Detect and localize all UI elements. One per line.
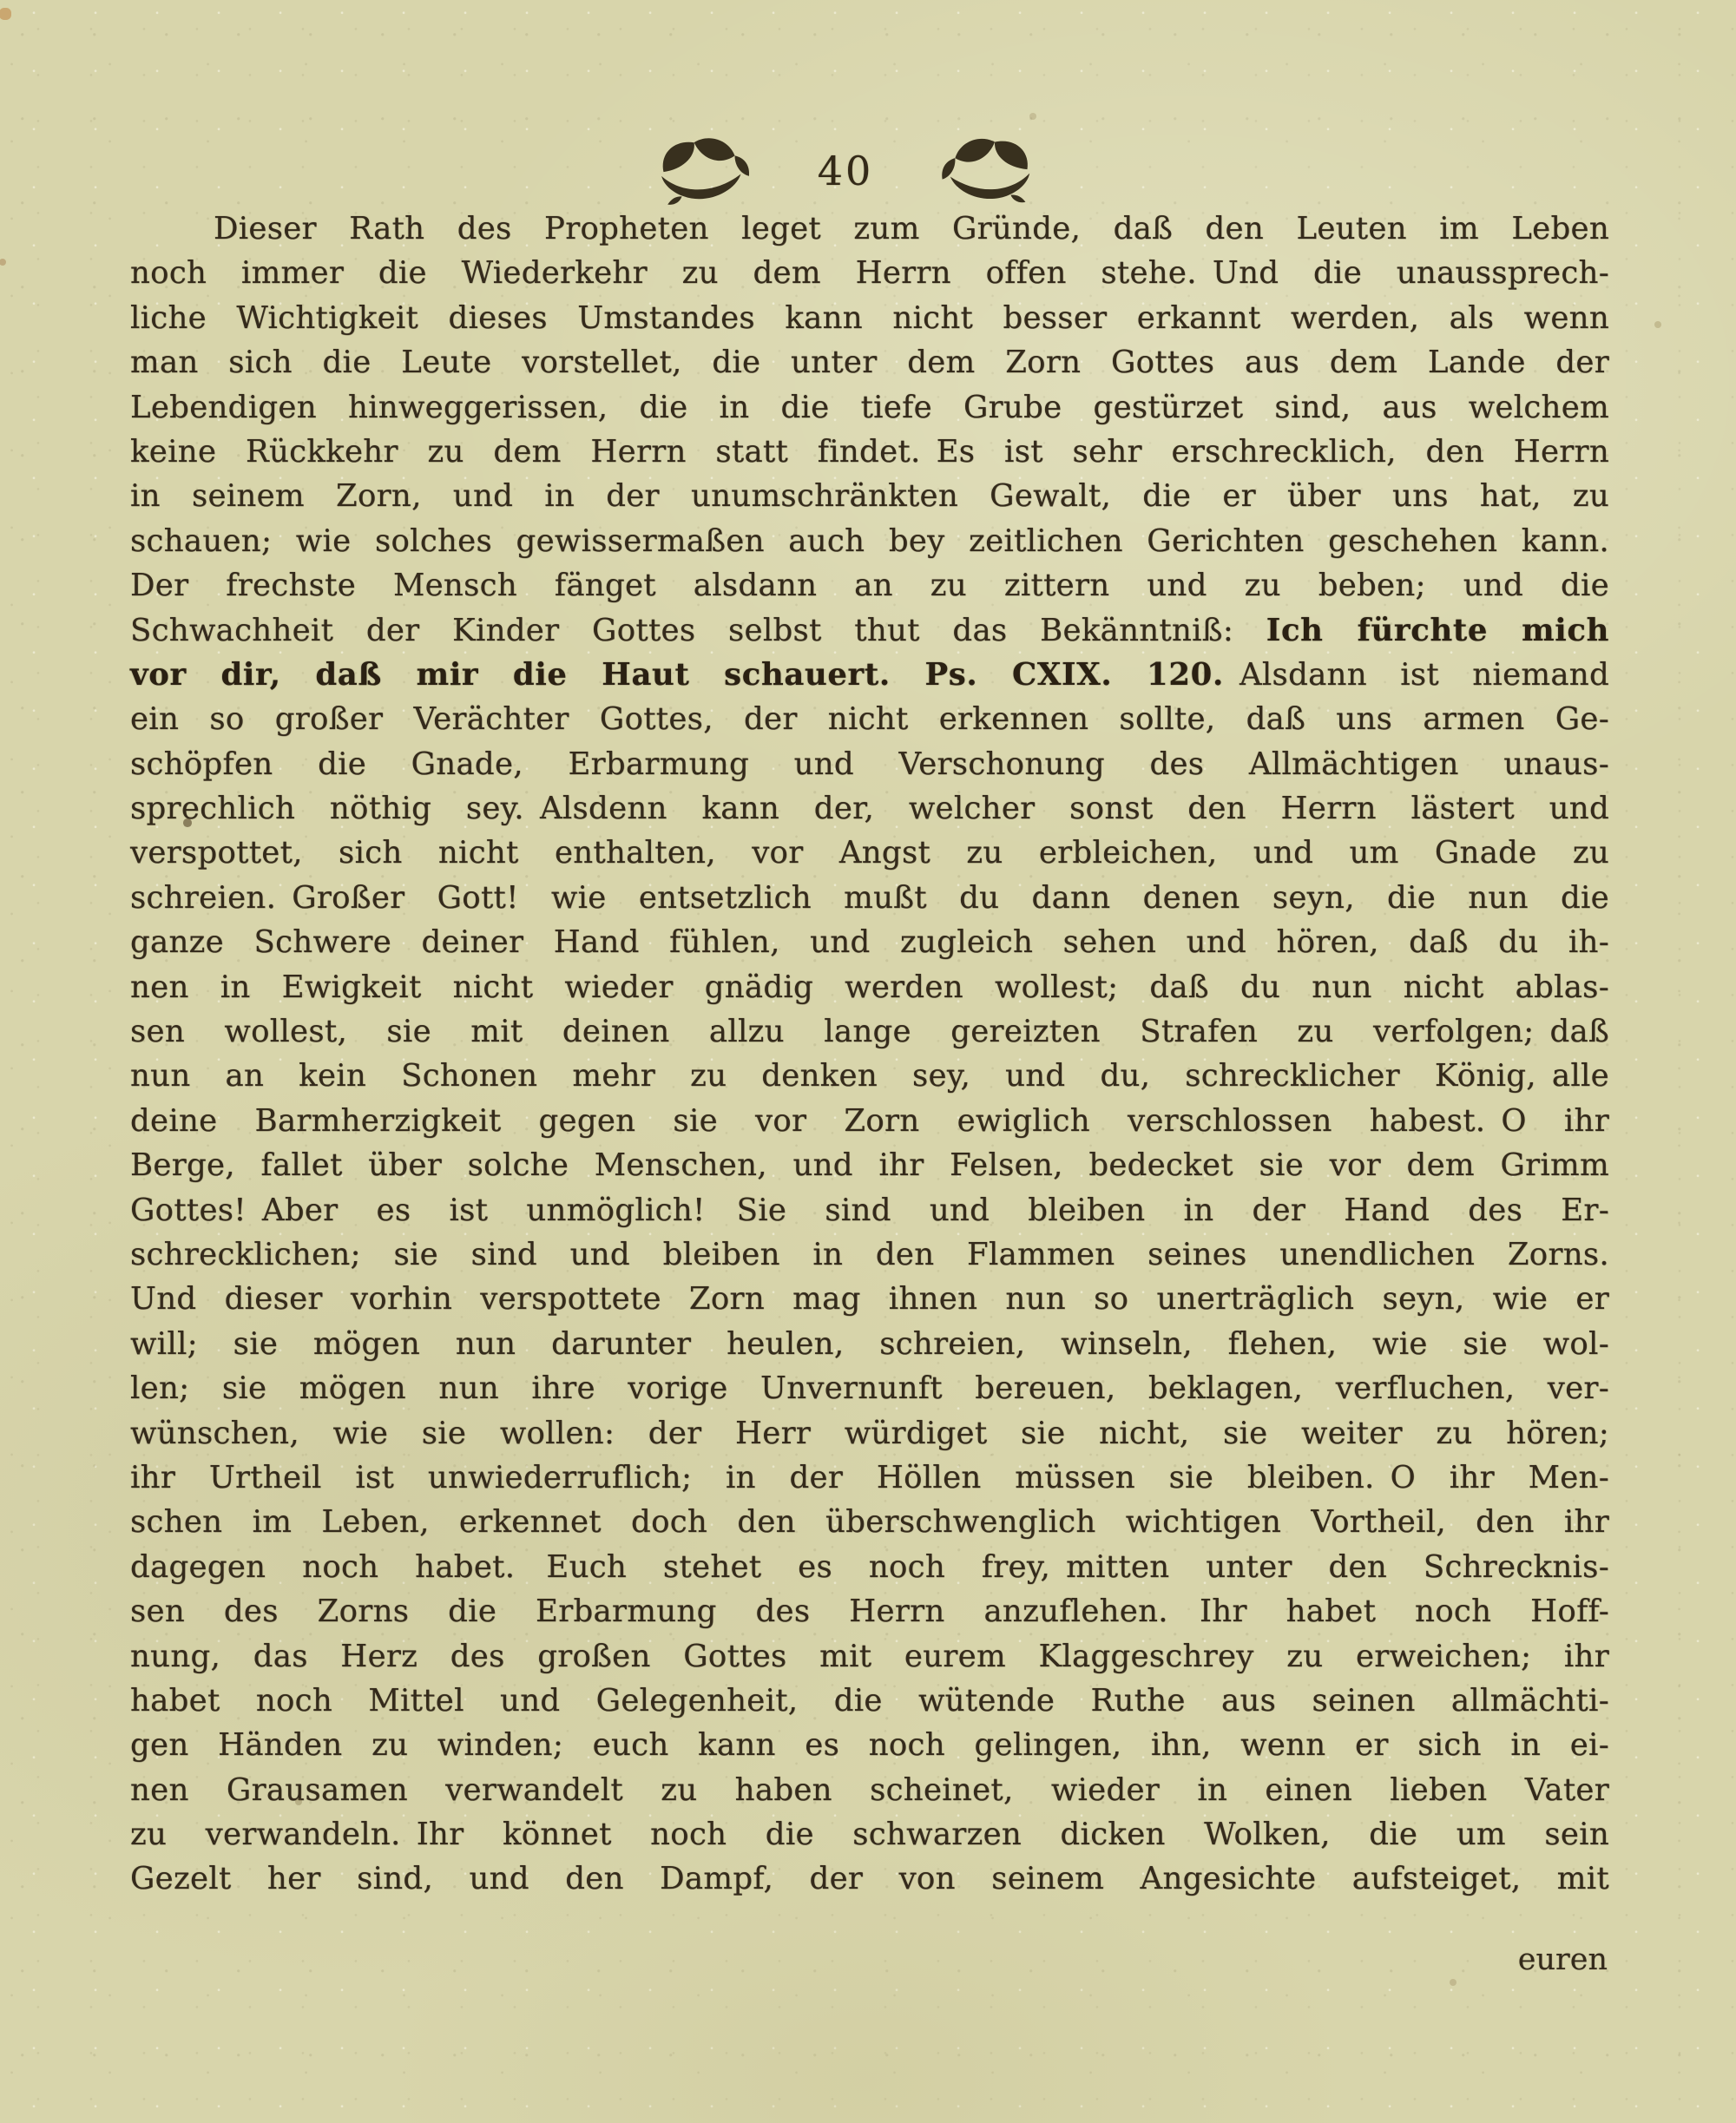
text-segment: Der frechste Mensch fänget alsdann an zu… [130,568,1609,603]
text-line: in seinem Zorn, und in der unumschränkte… [130,474,1609,518]
text-line: Dieser Rath des Propheten leget zum Grün… [130,207,1609,251]
text-line: Und dieser vorhin verspottete Zorn mag i… [130,1277,1609,1321]
text-line: nung, das Herz des großen Gottes mit eur… [130,1634,1609,1679]
text-segment: ein so großer Verächter Gottes, der nich… [130,701,1609,737]
text-line: will; sie mögen nun darunter heulen, sch… [130,1322,1609,1366]
text-line: ein so großer Verächter Gottes, der nich… [130,697,1609,741]
text-segment: nun an kein Schonen mehr zu denken sey, … [130,1058,1609,1094]
page-header: 40 [0,132,1713,210]
fleuron-right-icon [936,132,1042,210]
text-segment: Gottes! Aber es ist unmöglich! Sie sind … [130,1193,1609,1228]
text-segment: Schwachheit der Kinder Gottes selbst thu… [130,613,1266,648]
text-segment: zu verwandeln. Ihr könnet noch die schwa… [130,1817,1609,1852]
text-segment: nen Grausamen verwandelt zu haben schein… [130,1772,1609,1808]
text-segment: schauen; wie solches gewissermaßen auch … [130,523,1609,559]
text-line: nen in Ewigkeit nicht wieder gnädig werd… [130,965,1609,1009]
text-line: Lebendigen hinweggerissen, die in die ti… [130,385,1609,430]
text-line: habet noch Mittel und Gelegenheit, die w… [130,1679,1609,1723]
text-segment: Alsdann ist niemand [1224,657,1609,693]
text-segment: schöpfen die Gnade, Erbarmung und Versch… [130,746,1609,782]
scanned-page: 40 Dieser Rath des Propheten leget zum G… [0,0,1736,2123]
text-segment: wünschen, wie sie wollen: der Herr würdi… [130,1416,1609,1451]
text-line: liche Wichtigkeit dieses Umstandes kann … [130,296,1609,340]
text-line: man sich die Leute vorstellet, die unter… [130,340,1609,385]
emphasized-text: vor dir, daß mir die Haut schauert. Ps. … [130,657,1224,693]
text-segment: schreien. Großer Gott! wie entsetzlich m… [130,880,1609,916]
text-segment: gen Händen zu winden; euch kann es noch … [130,1727,1609,1763]
text-line: nen Grausamen verwandelt zu haben schein… [130,1768,1609,1812]
text-line: sen des Zorns die Erbarmung des Herrn an… [130,1589,1609,1633]
text-line: zu verwandeln. Ihr könnet noch die schwa… [130,1812,1609,1857]
text-segment: will; sie mögen nun darunter heulen, sch… [130,1326,1609,1362]
text-line: verspottet, sich nicht enthalten, vor An… [130,831,1609,875]
text-segment: Berge, fallet über solche Menschen, und … [130,1147,1609,1183]
text-line: keine Rückkehr zu dem Herrn statt findet… [130,430,1609,474]
text-segment: Lebendigen hinweggerissen, die in die ti… [130,390,1609,425]
text-segment: sen des Zorns die Erbarmung des Herrn an… [130,1594,1609,1629]
text-line: schauen; wie solches gewissermaßen auch … [130,519,1609,563]
text-line: wünschen, wie sie wollen: der Herr würdi… [130,1411,1609,1456]
text-line: ganze Schwere deiner Hand fühlen, und zu… [130,920,1609,964]
text-line: deine Barmherzigkeit gegen sie vor Zorn … [130,1099,1609,1143]
text-segment: deine Barmherzigkeit gegen sie vor Zorn … [130,1103,1609,1139]
text-line: schen im Leben, erkennet doch den übersc… [130,1500,1609,1544]
text-segment: in seinem Zorn, und in der unumschränkte… [130,478,1609,514]
text-line: dagegen noch habet. Euch stehet es noch … [130,1545,1609,1589]
text-segment: Und dieser vorhin verspottete Zorn mag i… [130,1281,1609,1317]
text-segment: keine Rückkehr zu dem Herrn statt findet… [130,434,1609,470]
text-line: noch immer die Wiederkehr zu dem Herrn o… [130,251,1609,295]
text-segment: ganze Schwere deiner Hand fühlen, und zu… [130,924,1609,960]
text-segment: nen in Ewigkeit nicht wieder gnädig werd… [130,969,1609,1005]
text-line: nun an kein Schonen mehr zu denken sey, … [130,1054,1609,1098]
text-line: schreien. Großer Gott! wie entsetzlich m… [130,876,1609,920]
text-line: Gezelt her sind, und den Dampf, der von … [130,1857,1609,1901]
text-segment: man sich die Leute vorstellet, die unter… [130,345,1609,380]
text-segment: Dieser Rath des Propheten leget zum Grün… [214,211,1609,246]
text-line: ihr Urtheil ist unwiederruflich; in der … [130,1456,1609,1500]
text-segment: schrecklichen; sie sind und bleiben in d… [130,1237,1609,1272]
text-segment: nung, das Herz des großen Gottes mit eur… [130,1639,1609,1674]
emphasized-text: Ich fürchte mich [1266,613,1609,648]
text-line: Gottes! Aber es ist unmöglich! Sie sind … [130,1188,1609,1232]
text-segment: ihr Urtheil ist unwiederruflich; in der … [130,1460,1609,1495]
text-line: sen wollest, sie mit deinen allzu lange … [130,1009,1609,1054]
text-segment: Gezelt her sind, und den Dampf, der von … [130,1861,1609,1896]
text-segment: sprechlich nöthig sey. Alsdenn kann der,… [130,791,1609,826]
text-line: Der frechste Mensch fänget alsdann an zu… [130,563,1609,608]
text-line: len; sie mögen nun ihre vorige Unvernunf… [130,1366,1609,1410]
text-line: vor dir, daß mir die Haut schauert. Ps. … [130,653,1609,697]
page-number: 40 [818,148,874,194]
text-segment: habet noch Mittel und Gelegenheit, die w… [130,1683,1609,1719]
text-line: Berge, fallet über solche Menschen, und … [130,1143,1609,1187]
text-segment: noch immer die Wiederkehr zu dem Herrn o… [130,255,1609,291]
text-line: schöpfen die Gnade, Erbarmung und Versch… [130,742,1609,786]
fleuron-left-icon [651,135,753,207]
text-line: gen Händen zu winden; euch kann es noch … [130,1723,1609,1767]
text-segment: dagegen noch habet. Euch stehet es noch … [130,1549,1609,1585]
text-line: Schwachheit der Kinder Gottes selbst thu… [130,608,1609,653]
text-segment: verspottet, sich nicht enthalten, vor An… [130,835,1609,871]
text-segment: len; sie mögen nun ihre vorige Unvernunf… [130,1370,1609,1406]
text-line: schrecklichen; sie sind und bleiben in d… [130,1232,1609,1277]
text-segment: liche Wichtigkeit dieses Umstandes kann … [130,300,1609,336]
text-line: sprechlich nöthig sey. Alsdenn kann der,… [130,786,1609,831]
body-text: Dieser Rath des Propheten leget zum Grün… [130,207,1609,1902]
catchword: euren [1518,1942,1608,1977]
text-segment: schen im Leben, erkennet doch den übersc… [130,1504,1609,1540]
text-segment: sen wollest, sie mit deinen allzu lange … [130,1014,1609,1049]
